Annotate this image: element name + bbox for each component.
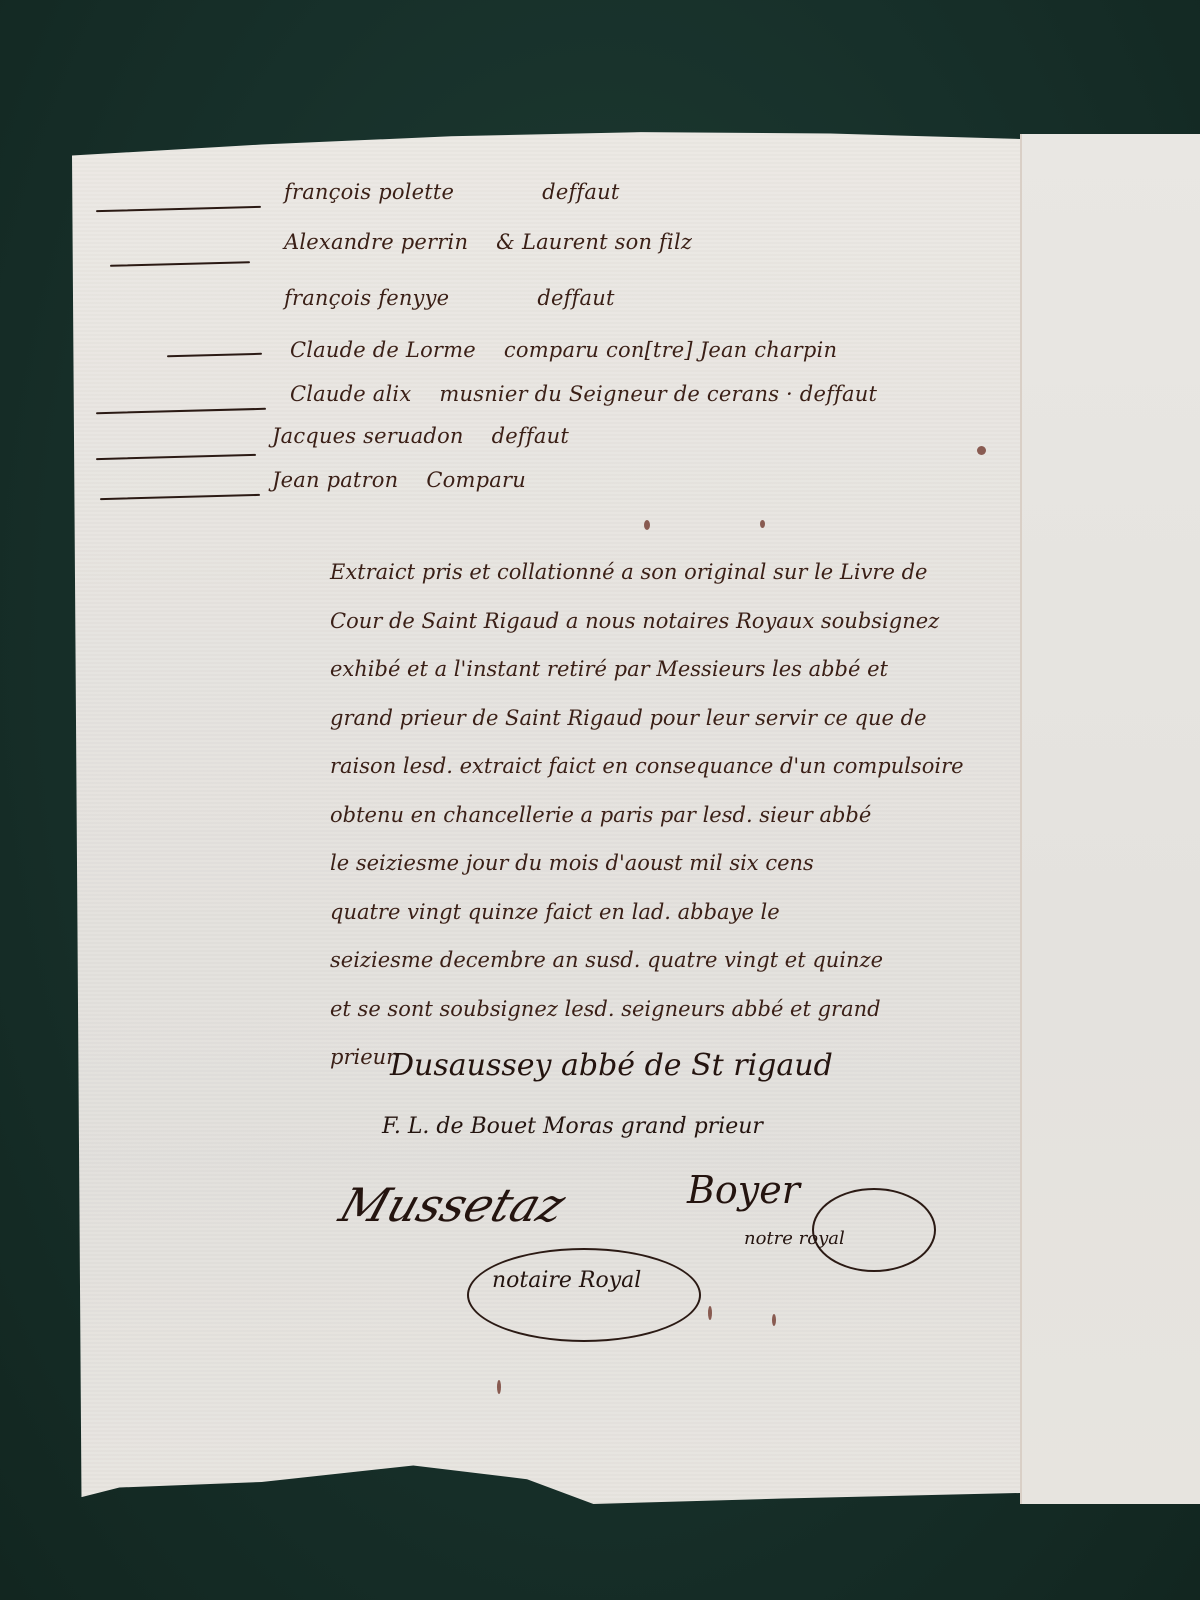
manuscript-page: françois polette deffaut Alexandre perri… [72,128,1020,1504]
facing-page [1020,134,1200,1504]
list-entry: Alexandre perrin & Laurent son filz [284,230,692,254]
abbot-signature: Dusaussey abbé de St rigaud [390,1048,833,1083]
body-line: Cour de Saint Rigaud a nous notaires Roy… [330,597,980,646]
notary-title: notaire Royal [492,1268,641,1293]
margin-dash [96,454,256,460]
list-entry: Jean patron Comparu [272,468,526,492]
notary-signature-boyer: Boyer [687,1168,800,1212]
entry-name: Jacques seruadon [272,424,464,448]
ink-spot [708,1306,712,1320]
entry-status: Comparu [426,468,526,492]
body-line: quatre vingt quinze faict en lad. abbaye… [330,888,980,937]
entry-status: musnier du Seigneur de cerans · deffaut [439,382,877,406]
notary-seal-flourish [467,1248,701,1342]
entry-status: deffaut [492,424,569,448]
entry-status: deffaut [542,180,619,204]
notary-signature-mussetaz: Mussetaz [333,1178,572,1232]
list-entry: françois polette deffaut [284,180,619,204]
entry-name: Claude de Lorme [290,338,476,362]
ink-spot [977,446,986,455]
body-line: grand prieur de Saint Rigaud pour leur s… [330,694,980,743]
entry-name: Alexandre perrin [284,230,468,254]
entry-status: comparu con[tre] Jean charpin [504,338,837,362]
ink-spot [772,1314,776,1326]
body-line: raison lesd. extraict faict en consequan… [330,742,980,791]
margin-dash [100,494,260,500]
list-entry: Jacques seruadon deffaut [272,424,569,448]
extract-paragraph: Extraict pris et collationné a son origi… [330,548,980,1082]
list-entry: Claude alix musnier du Seigneur de ceran… [290,382,877,406]
entry-status: deffaut [537,286,614,310]
entry-name: Claude alix [290,382,411,406]
entry-name: françois fenyye [284,286,449,310]
list-entry: Claude de Lorme comparu con[tre] Jean ch… [290,338,837,362]
body-line: le seiziesme jour du mois d'aoust mil si… [330,839,980,888]
body-line: Extraict pris et collationné a son origi… [330,548,980,597]
notary-title-2: notre royal [744,1228,845,1249]
entry-name: françois polette [284,180,454,204]
ink-spot [497,1380,501,1394]
margin-dash [110,261,250,267]
body-line: et se sont soubsignez lesd. seigneurs ab… [330,985,980,1034]
margin-dash [167,353,262,357]
prior-signature: F. L. de Bouet Moras grand prieur [382,1114,763,1139]
list-entry: françois fenyye deffaut [284,286,615,310]
body-line: seiziesme decembre an susd. quatre vingt… [330,936,980,985]
ink-spot [760,520,765,528]
body-line: obtenu en chancellerie a paris par lesd.… [330,791,980,840]
entry-name: Jean patron [272,468,398,492]
margin-dash [96,206,261,212]
margin-dash [96,408,266,414]
body-line: exhibé et a l'instant retiré par Messieu… [330,645,980,694]
ink-spot [644,520,650,530]
entry-status: & Laurent son filz [496,230,692,254]
